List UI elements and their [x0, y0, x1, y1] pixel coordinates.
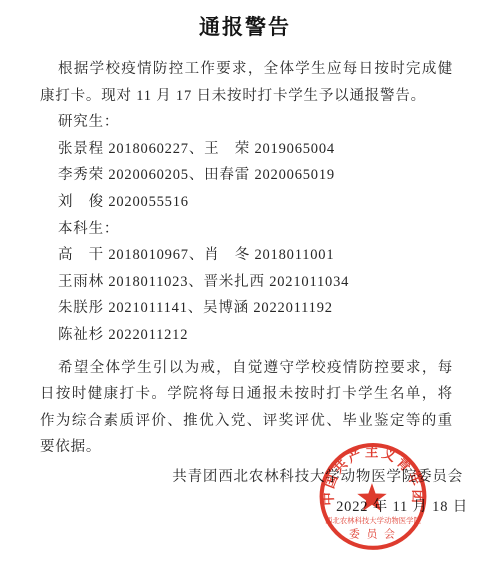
page-title: 通报警告: [0, 13, 490, 43]
signature-organization: 共青团西北农林科技大学动物医学院委员会: [40, 464, 463, 491]
closing-paragraph: 希望全体学生引以为戒，自觉遵守学校疫情防控要求，每日按时健康打卡。学院将每日通报…: [40, 355, 453, 461]
undergraduate-student-row: 高 干 2018010967、肖 冬 2018011001: [40, 242, 453, 269]
notice-document: { "page": { "title": "通报警告", "paragraph1…: [0, 0, 490, 573]
graduate-student-row: 刘 俊 2020055516: [40, 189, 453, 216]
undergraduate-section-label: 本科生：: [40, 216, 453, 243]
signature-date: 2022 年 11 月 18 日: [40, 494, 468, 521]
graduate-student-row: 李秀荣 2020060205、田春雷 2020065019: [40, 162, 453, 189]
undergraduate-student-row: 陈祉杉 2022011212: [40, 322, 453, 349]
graduate-section-label: 研究生：: [40, 109, 453, 136]
graduate-student-row: 张景程 2018060227、王 荣 2019065004: [40, 136, 453, 163]
undergraduate-student-row: 王雨林 2018011023、晋米扎西 2021011034: [40, 269, 453, 296]
document-body: 根据学校疫情防控工作要求，全体学生应每日按时完成健康打卡。现对 11 月 17 …: [40, 56, 453, 520]
seal-committee-text: 委 员 会: [349, 528, 397, 541]
intro-paragraph: 根据学校疫情防控工作要求，全体学生应每日按时完成健康打卡。现对 11 月 17 …: [40, 56, 453, 109]
undergraduate-student-row: 朱朕彤 2021011141、吴博涵 2022011192: [40, 295, 453, 322]
